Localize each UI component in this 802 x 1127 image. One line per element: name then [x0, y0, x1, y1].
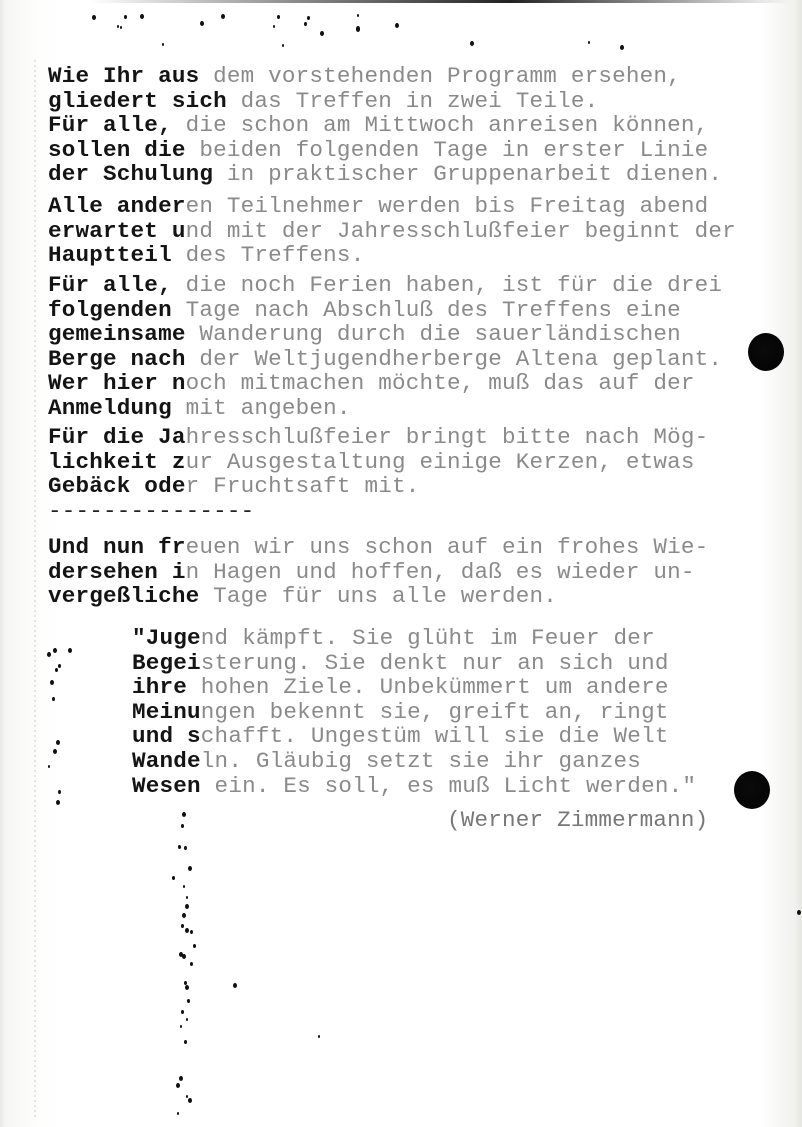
speck — [180, 1025, 182, 1028]
speck — [188, 866, 192, 871]
quote-block: "Jugend kämpft. Sie glüht im Feuer derBe… — [132, 626, 696, 798]
text-line: "Jugend kämpft. Sie glüht im Feuer der — [132, 626, 696, 651]
text-line-dark: und s — [132, 723, 201, 749]
text-line-faded: euen wir uns schon auf ein frohes Wie- — [186, 534, 709, 560]
text-line-faded: nd kämpft. Sie glüht im Feuer der — [201, 625, 655, 651]
text-line-faded: r Fruchtsaft mit. — [186, 473, 420, 499]
text-line-dark: Für alle, — [48, 112, 172, 138]
text-line-dark: erwartet u — [48, 218, 186, 244]
speck — [282, 44, 284, 47]
speck — [320, 31, 324, 36]
speck — [52, 697, 55, 701]
text-line-faded: beiden folgenden Tage in erster Linie — [186, 137, 709, 163]
text-line-faded: der Weltjugendherberge Altena geplant. — [186, 346, 723, 372]
speck — [50, 680, 54, 685]
paragraph-hike: Für alle, die noch Ferien haben, ist für… — [48, 273, 722, 421]
scan-top-edge — [90, 0, 790, 3]
speck — [221, 14, 225, 19]
text-line: Für alle, die schon am Mittwoch anreisen… — [48, 113, 722, 138]
speck — [181, 824, 184, 828]
text-line-faded: die schon am Mittwoch anreisen können, — [172, 112, 709, 138]
text-line-dark: sollen die — [48, 137, 186, 163]
speck — [470, 41, 474, 46]
text-line: Hauptteil des Treffens. — [48, 243, 736, 268]
text-line-faded: ngen bekennt sie, greift an, ringt — [201, 699, 669, 725]
speck — [182, 913, 186, 918]
text-line-dark: vergeßliche — [48, 583, 199, 609]
text-line: Anmeldung mit angeben. — [48, 396, 722, 421]
text-line-dark: der Schulung — [48, 161, 213, 187]
speck — [56, 800, 60, 805]
text-line: Und nun freuen wir uns schon auf ein fro… — [48, 535, 708, 560]
speck — [183, 885, 185, 888]
speck — [356, 27, 360, 32]
text-line-faded: die noch Ferien haben, ist für die drei — [172, 272, 722, 298]
speck — [184, 1040, 187, 1044]
speck — [185, 904, 189, 909]
text-line-dark: "Juge — [132, 625, 201, 651]
speck — [185, 928, 189, 933]
text-line-dark: gemeinsame — [48, 321, 186, 347]
text-line: sollen die beiden folgenden Tage in erst… — [48, 138, 722, 163]
speck — [797, 910, 801, 915]
text-line-dark: Wande — [132, 748, 201, 774]
speck — [273, 25, 275, 28]
speck — [588, 41, 590, 44]
text-line-faded: hresschlußfeier bringt bitte nach Mög- — [186, 424, 709, 450]
speck — [186, 896, 188, 899]
text-line-dark: Wie Ihr aus — [48, 63, 199, 89]
text-line-dark: Gebäck ode — [48, 473, 186, 499]
text-line-faded: dem vorstehenden Programm ersehen, — [199, 63, 681, 89]
speck — [120, 26, 122, 29]
paragraph-program-overview: Wie Ihr aus dem vorstehenden Programm er… — [48, 64, 722, 187]
text-line-faded: och mitmachen möchte, muß das auf der — [186, 370, 695, 396]
speck — [307, 16, 310, 20]
speck — [187, 999, 190, 1003]
text-line-dark: ihre — [132, 674, 187, 700]
text-line-faded: en Teilnehmer werden bis Freitag abend — [186, 193, 709, 219]
text-line-faded: in praktischer Gruppenarbeit dienen. — [213, 161, 722, 187]
text-line-faded: ur Ausgestaltung einige Kerzen, etwas — [186, 449, 695, 475]
text-line-dark: Meinu — [132, 699, 201, 725]
speck — [200, 21, 204, 26]
text-line: Begeisterung. Sie denkt nur an sich und — [132, 651, 696, 676]
text-line: Meinungen bekennt sie, greift an, ringt — [132, 700, 696, 725]
speck — [277, 15, 280, 19]
speck — [58, 664, 61, 668]
paragraph-year-end-celebration: Für die Jahresschlußfeier bringt bitte n… — [48, 425, 708, 499]
speck — [68, 648, 72, 653]
text-line: lichkeit zur Ausgestaltung einige Kerzen… — [48, 450, 708, 475]
divider-line: --------------- — [48, 499, 254, 524]
speck — [55, 668, 58, 672]
speck — [193, 944, 196, 948]
speck — [304, 22, 307, 26]
quote-attribution: (Werner Zimmermann) — [447, 808, 708, 833]
text-line-dark: Und nun fr — [48, 534, 186, 560]
speck — [53, 648, 57, 653]
speck — [233, 983, 237, 988]
speck — [620, 45, 624, 50]
speck — [53, 749, 57, 754]
speck — [190, 930, 193, 934]
text-line-dark: folgenden — [48, 297, 172, 323]
text-line-faded: mit angeben. — [172, 395, 351, 421]
speck — [357, 14, 359, 17]
speck — [124, 15, 127, 19]
text-line: Wandeln. Gläubig setzt sie ihr ganzes — [132, 749, 696, 774]
speck — [58, 790, 61, 794]
speck — [177, 1112, 179, 1115]
text-line-dark: Wer hier n — [48, 370, 186, 396]
scan-left-margin — [34, 60, 36, 1120]
speck — [185, 985, 189, 990]
text-line-dark: gliedert sich — [48, 88, 227, 114]
speck — [179, 1076, 183, 1081]
text-line-faded: ln. Gläubig setzt sie ihr ganzes — [201, 748, 641, 774]
speck — [117, 25, 119, 28]
text-line-dark: Anmeldung — [48, 395, 172, 421]
punch-hole — [734, 771, 770, 809]
speck — [92, 15, 96, 20]
speck — [56, 740, 60, 745]
speck — [47, 652, 51, 657]
text-line: folgenden Tage nach Abschluß des Treffen… — [48, 298, 722, 323]
text-line: Berge nach der Weltjugendherberge Altena… — [48, 347, 722, 372]
speck — [318, 1035, 320, 1038]
speck — [186, 1095, 188, 1098]
speck — [188, 1098, 192, 1103]
text-line: und schafft. Ungestüm will sie die Welt — [132, 724, 696, 749]
speck — [181, 1010, 184, 1014]
text-line-dark: Hauptteil — [48, 242, 172, 268]
text-line: Für alle, die noch Ferien haben, ist für… — [48, 273, 722, 298]
text-line-faded: des Treffens. — [172, 242, 365, 268]
text-line-faded: hohen Ziele. Unbekümmert um andere — [187, 674, 669, 700]
text-line-faded: Tage nach Abschluß des Treffens eine — [172, 297, 681, 323]
text-line: Wer hier noch mitmachen möchte, muß das … — [48, 371, 722, 396]
text-line: der Schulung in praktischer Gruppenarbei… — [48, 162, 722, 187]
speck — [140, 14, 144, 19]
text-line: Wesen ein. Es soll, es muß Licht werden.… — [132, 774, 696, 799]
text-line: Für die Jahresschlußfeier bringt bitte n… — [48, 425, 708, 450]
text-line-dark: lichkeit z — [48, 449, 186, 475]
text-line: vergeßliche Tage für uns alle werden. — [48, 584, 708, 609]
paragraph-closing: Und nun freuen wir uns schon auf ein fro… — [48, 535, 708, 609]
text-line: Alle anderen Teilnehmer werden bis Freit… — [48, 194, 736, 219]
text-line: Wie Ihr aus dem vorstehenden Programm er… — [48, 64, 722, 89]
paragraph-other-participants: Alle anderen Teilnehmer werden bis Freit… — [48, 194, 736, 268]
speck — [181, 924, 184, 928]
speck — [178, 845, 181, 849]
speck — [190, 962, 193, 966]
text-line-faded: das Treffen in zwei Teile. — [227, 88, 598, 114]
speck — [184, 846, 187, 850]
text-line: gemeinsame Wanderung durch die sauerländ… — [48, 322, 722, 347]
speck — [395, 23, 399, 28]
speck — [172, 876, 175, 880]
text-line-dark: Für die Ja — [48, 424, 186, 450]
text-line-dark: dersehen i — [48, 559, 186, 585]
text-line-dark: Für alle, — [48, 272, 172, 298]
text-line-faded: chafft. Ungestüm will sie die Welt — [201, 723, 669, 749]
text-line-dark: Begei — [132, 650, 201, 676]
speck — [162, 43, 164, 46]
text-line-faded: nd mit der Jahresschlußfeier beginnt der — [186, 218, 736, 244]
text-line-faded: ein. Es soll, es muß Licht werden." — [201, 773, 696, 799]
text-line-dark: Wesen — [132, 773, 201, 799]
text-line: erwartet und mit der Jahresschlußfeier b… — [48, 219, 736, 244]
text-line: Gebäck oder Fruchtsaft mit. — [48, 474, 708, 499]
text-line: ihre hohen Ziele. Unbekümmert um andere — [132, 675, 696, 700]
text-line-faded: n Hagen und hoffen, daß es wieder un- — [186, 559, 695, 585]
speck — [48, 765, 50, 768]
speck — [176, 1083, 180, 1088]
punch-hole — [748, 333, 784, 371]
text-line-dark: Alle ander — [48, 193, 186, 219]
speck — [182, 954, 186, 959]
text-line-faded: Tage für uns alle werden. — [199, 583, 557, 609]
speck — [182, 812, 186, 817]
text-line: dersehen in Hagen und hoffen, daß es wie… — [48, 560, 708, 585]
text-line-faded: Wanderung durch die sauerländischen — [186, 321, 681, 347]
text-line: gliedert sich das Treffen in zwei Teile. — [48, 89, 722, 114]
text-line-faded: sterung. Sie denkt nur an sich und — [201, 650, 669, 676]
text-line-dark: Berge nach — [48, 346, 186, 372]
speck — [186, 1018, 188, 1021]
document-page: Wie Ihr aus dem vorstehenden Programm er… — [0, 0, 802, 1127]
